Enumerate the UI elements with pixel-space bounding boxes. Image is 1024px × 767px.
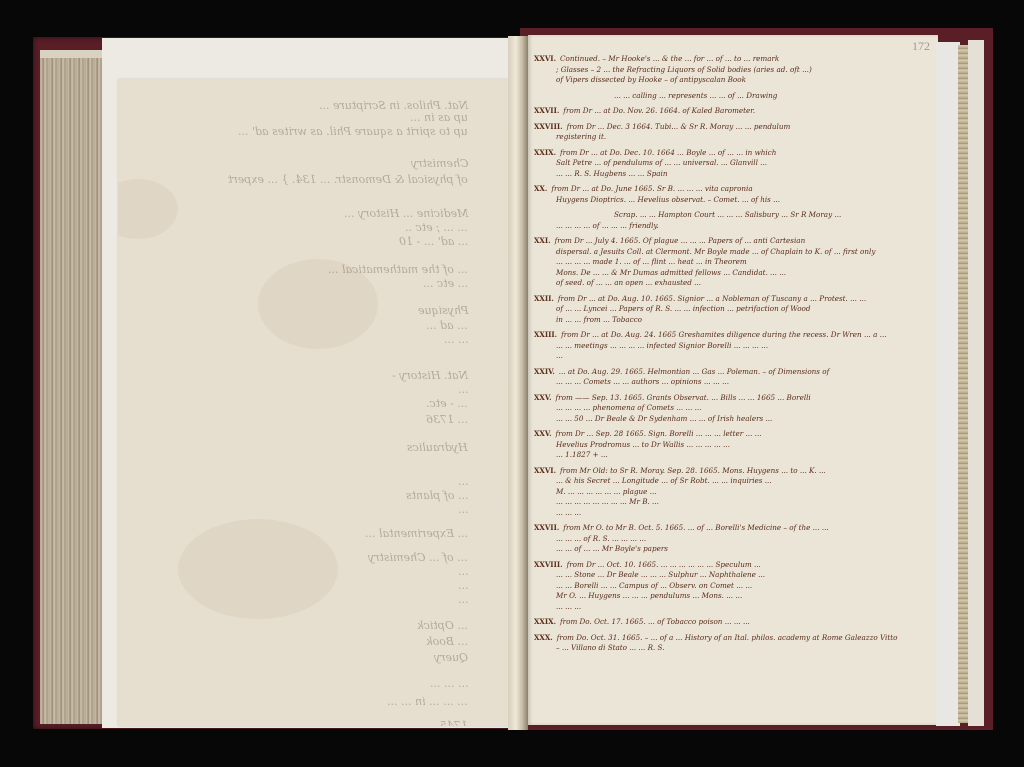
entry-text: ; Glasses – 2 ... the Refracting Liquors… <box>556 66 812 74</box>
entry-line: Salt Petre ... of pendulums of ... ... u… <box>534 159 932 170</box>
entry-text: ... ... Borelli ... ... Campus of ... Ob… <box>556 582 752 590</box>
register-entry: ... ... calling ... represents ... ... o… <box>534 92 932 103</box>
entry-text: ... ... ... ... ... ... ... ... Mr B. ..… <box>556 498 659 506</box>
entry-text: ... ... ... Comets ... ... authors ... o… <box>556 378 729 386</box>
entry-text: from Dr ... Dec. 3 1664. Tubi... & Sr R.… <box>567 123 791 131</box>
entry-text: of ... ... Lyncei ... Papers of R. S. ..… <box>556 305 810 313</box>
register-entry: XXVII.from Mr O. to Mr B. Oct. 5. 1665. … <box>534 524 932 556</box>
entry-text: from Mr O. to Mr B. Oct. 5. 1665. ... of… <box>563 524 828 532</box>
ghost-text-line: ... <box>458 475 469 488</box>
right-manuscript-page: 172 XXVI.Continued. – Mr Hooke's ... & t… <box>528 35 938 725</box>
entry-line: XXIV.... at Do. Aug. 29. 1665. Helmontia… <box>534 368 932 379</box>
entry-number: XXVII. <box>534 524 559 532</box>
register-entry: XXVII.from Dr ... at Do. Nov. 26. 1664. … <box>534 107 932 118</box>
ghost-text-line: ... ad ... <box>426 319 468 332</box>
entry-line: – ... Villano di Stato ... ... R. S. <box>534 644 932 655</box>
entry-number: XX. <box>534 185 547 193</box>
ghost-text-line: Physique <box>418 304 469 317</box>
entry-line: XXV.from Dr ... Sep. 28 1665. Sign. Bore… <box>534 430 932 441</box>
entry-text: of Vipers dissected by Hooke – of antipy… <box>556 76 746 84</box>
entry-line: XXVI.Continued. – Mr Hooke's ... & the .… <box>534 55 932 66</box>
entry-text: from Dr ... at Do. Aug. 10. 1665. Signio… <box>558 295 866 303</box>
ghost-text-line: Nat. History - <box>392 369 468 382</box>
entry-line: XXIX.from Dr ... at Do. Dec. 10. 1664 ..… <box>534 149 932 160</box>
entry-line: ... ... R. S. Hugbens ... ... Spain <box>534 170 932 181</box>
ghost-text-line: ... etc ... <box>423 277 468 290</box>
ghost-text-line: ... <box>458 593 469 606</box>
entry-text: ... ... ... ... of ... ... ... friendly. <box>556 222 659 230</box>
ghost-text-line: ... of the mathematical ... <box>328 263 468 276</box>
entry-text: from Dr ... at Do. Nov. 26. 1664. of Kal… <box>563 107 755 115</box>
entry-text: ... ... Stone ... Dr Beale ... ... ... S… <box>556 571 765 579</box>
ghost-text-line: ... ... <box>444 333 468 346</box>
entry-number: XXIV. <box>534 368 555 376</box>
entry-line: ... ... ... <box>534 509 932 520</box>
entry-line: XXVII.from Dr ... at Do. Nov. 26. 1664. … <box>534 107 932 118</box>
entry-text: – ... Villano di Stato ... ... R. S. <box>556 644 665 652</box>
entry-line: XXI.from Dr ... July 4. 1665. Of plague … <box>534 237 932 248</box>
entry-line: Hevelius Prodromus ... to Dr Wallis ... … <box>534 441 932 452</box>
ghost-text-line: up as in ... <box>410 111 468 124</box>
ghost-text-line: ... ... ... in ... ... <box>387 695 468 708</box>
endpaper-right <box>968 40 984 726</box>
register-entry: XXIII.from Dr ... at Do. Aug. 24. 1665 G… <box>534 331 932 363</box>
ghost-text-line: ... of ... Chemistry <box>368 551 468 564</box>
page-stack-fore-edge <box>40 50 102 724</box>
entry-text: ... ... ... of R. S. ... ... ... ... <box>556 535 646 543</box>
entry-line: XXVIII.from Dr ... Oct. 10. 1665. ... ..… <box>534 561 932 572</box>
entry-text: ... ... ... <box>556 603 581 611</box>
entry-line: ... ... ... Comets ... ... authors ... o… <box>534 378 932 389</box>
entry-line: ... ... Stone ... Dr Beale ... ... ... S… <box>534 571 932 582</box>
entry-line: XXII.from Dr ... at Do. Aug. 10. 1665. S… <box>534 295 932 306</box>
entry-text: Hevelius Prodromus ... to Dr Wallis ... … <box>556 441 730 449</box>
paper-stain <box>178 519 338 619</box>
entry-text: ... ... of ... ... Mr Boyle's papers <box>556 545 668 553</box>
entry-line: XXV.from —— Sep. 13. 1665. Grants Observ… <box>534 394 932 405</box>
entry-text: registering it. <box>556 133 606 141</box>
ghost-text-line: ... <box>458 383 469 396</box>
entry-text: ... ... calling ... represents ... ... o… <box>614 92 777 100</box>
entry-number: XXX. <box>534 634 553 642</box>
entry-text: from Dr ... at Do. Dec. 10. 1664 ... Boy… <box>560 149 776 157</box>
ghost-text-line: Query <box>434 651 468 664</box>
register-entry: XXI.from Dr ... July 4. 1665. Of plague … <box>534 237 932 290</box>
entry-number: XXVIII. <box>534 123 563 131</box>
entry-line: ... ... ... of R. S. ... ... ... ... <box>534 535 932 546</box>
entry-number: XXV. <box>534 394 552 402</box>
entry-line: ... ... Borelli ... ... Campus of ... Ob… <box>534 582 932 593</box>
entry-line: XX.from Dr ... at Do. June 1665. Sr B. .… <box>534 185 932 196</box>
entry-number: XXVIII. <box>534 561 563 569</box>
ghost-text-line: Hydraulics <box>407 441 468 454</box>
left-manuscript-leaf: Nat. Philos. in Scripture ...up as in ..… <box>118 79 508 726</box>
register-entry: XXVIII.from Dr ... Dec. 3 1664. Tubi... … <box>534 123 932 144</box>
entry-line: in ... ... from ... Tobacco <box>534 316 932 327</box>
entry-text: ... ... ... ... phenomena of Comets ... … <box>556 404 701 412</box>
ghost-text-line: ... <box>458 565 469 578</box>
register-entry: XXIV.... at Do. Aug. 29. 1665. Helmontia… <box>534 368 932 389</box>
entry-line: registering it. <box>534 133 932 144</box>
entry-line: ... ... calling ... represents ... ... o… <box>534 92 932 103</box>
entry-line: ... ... ... <box>534 603 932 614</box>
mount-sheet-right <box>936 42 960 726</box>
entry-text: from Dr ... at Do. June 1665. Sr B. ... … <box>551 185 752 193</box>
register-entry: XXV.from Dr ... Sep. 28 1665. Sign. Bore… <box>534 430 932 462</box>
entry-text: ... at Do. Aug. 29. 1665. Helmontian ...… <box>559 368 830 376</box>
entry-line: ... ... of ... ... Mr Boyle's papers <box>534 545 932 556</box>
register-entry: XX.from Dr ... at Do. June 1665. Sr B. .… <box>534 185 932 206</box>
entry-text: Mr O. ... Huygens ... ... ... pendulums … <box>556 592 742 600</box>
entry-text: M. ... ... ... ... ... ... plague ... <box>556 488 657 496</box>
entry-text: of seed. of ... ... an open ... exhauste… <box>556 279 701 287</box>
entry-number: XXVII. <box>534 107 559 115</box>
entry-line: ... ... ... ... of ... ... ... friendly. <box>534 222 932 233</box>
entry-text: from Dr ... July 4. 1665. Of plague ... … <box>555 237 806 245</box>
entry-line: of seed. of ... ... an open ... exhauste… <box>534 279 932 290</box>
register-entry: XXIX.from Dr ... at Do. Dec. 10. 1664 ..… <box>534 149 932 181</box>
entry-text: Salt Petre ... of pendulums of ... ... u… <box>556 159 767 167</box>
ghost-text-line: ... <box>458 503 469 516</box>
entry-number: XXII. <box>534 295 554 303</box>
entry-text: from Dr ... Sep. 28 1665. Sign. Borelli … <box>556 430 762 438</box>
entry-text: Continued. – Mr Hooke's ... & the ... fo… <box>560 55 779 63</box>
entry-text: ... 1.1827 + ... <box>556 451 608 459</box>
entry-text: from Do. Oct. 17. 1665. ... of Tobacco p… <box>560 618 750 626</box>
entry-number: XXVI. <box>534 467 556 475</box>
entry-text: ... ... ... <box>556 509 581 517</box>
entry-line: ... ... 50 ... Dr Beale & Dr Sydenham ..… <box>534 415 932 426</box>
entry-line: ... <box>534 352 932 363</box>
entry-line: XXVI.from Mr Old: to Sr R. Moray. Sep. 2… <box>534 467 932 478</box>
ghost-text-line: ... ... ... <box>430 677 468 690</box>
register-entry: XXVI.from Mr Old: to Sr R. Moray. Sep. 2… <box>534 467 932 520</box>
entry-line: dispersal. a Jesuits Coll. at Clermont. … <box>534 248 932 259</box>
ghost-text-line: ... of plants <box>406 489 468 502</box>
ghost-text-line: ... ... ; etc .. <box>405 221 468 234</box>
register-entry: XXII.from Dr ... at Do. Aug. 10. 1665. S… <box>534 295 932 327</box>
entry-line: Mr O. ... Huygens ... ... ... pendulums … <box>534 592 932 603</box>
entry-number: XXIII. <box>534 331 557 339</box>
ghost-text-line: of physical & Demonstr. ... 134. } ... e… <box>228 173 468 186</box>
entry-line: XXIX.from Do. Oct. 17. 1665. ... of Toba… <box>534 618 932 629</box>
entry-line: ... ... ... ... phenomena of Comets ... … <box>534 404 932 415</box>
book-gutter <box>508 36 528 730</box>
page-stack-right <box>958 45 968 723</box>
register-entry: Scrap. ... ... Hampton Court ... ... ...… <box>534 211 932 232</box>
entry-line: Mons. De ... ... & Mr Dumas admitted fel… <box>534 269 932 280</box>
entry-line: ... ... ... ... made 1. ... of ... flint… <box>534 258 932 269</box>
folio-number: 172 <box>912 39 930 54</box>
entry-line: ... ... ... ... ... ... ... ... Mr B. ..… <box>534 498 932 509</box>
register-entry: XXVIII.from Dr ... Oct. 10. 1665. ... ..… <box>534 561 932 614</box>
entry-number: XXIX. <box>534 618 556 626</box>
ghost-text-line: ... <box>458 579 469 592</box>
entry-line: XXVIII.from Dr ... Dec. 3 1664. Tubi... … <box>534 123 932 134</box>
entry-line: XXIII.from Dr ... at Do. Aug. 24. 1665 G… <box>534 331 932 342</box>
entry-text: from Dr ... Oct. 10. 1665. ... ... ... .… <box>567 561 761 569</box>
ghost-text-line: ... 1736 <box>426 413 468 426</box>
entry-text: ... ... R. S. Hugbens ... ... Spain <box>556 170 667 178</box>
ghost-text-line: ... - etc. <box>426 397 468 410</box>
entry-text: in ... ... from ... Tobacco <box>556 316 642 324</box>
entry-number: XXIX. <box>534 149 556 157</box>
ghost-text-line: ... Book <box>426 635 468 648</box>
entry-text: ... ... ... ... made 1. ... of ... flint… <box>556 258 747 266</box>
entry-text: from Mr Old: to Sr R. Moray. Sep. 28. 16… <box>560 467 826 475</box>
entry-line: Huygens Dioptrics. ... Hevelius observat… <box>534 196 932 207</box>
entry-number: XXI. <box>534 237 551 245</box>
entry-text: from —— Sep. 13. 1665. Grants Observat. … <box>556 394 811 402</box>
entry-number: XXV. <box>534 430 552 438</box>
register-entry: XXV.from —— Sep. 13. 1665. Grants Observ… <box>534 394 932 426</box>
entry-text: ... ... meetings ... ... ... ... infecte… <box>556 342 768 350</box>
entry-text: ... <box>556 352 563 360</box>
ghost-text-line: Chemistry <box>411 157 469 170</box>
entry-text: Huygens Dioptrics. ... Hevelius observat… <box>556 196 780 204</box>
entry-text: Scrap. ... ... Hampton Court ... ... ...… <box>614 211 841 219</box>
entry-text: ... & his Secret ... Longitude ... of Sr… <box>556 477 772 485</box>
entry-text: dispersal. a Jesuits Coll. at Clermont. … <box>556 248 875 256</box>
entry-line: of Vipers dissected by Hooke – of antipy… <box>534 76 932 87</box>
page-stack-top <box>40 50 102 58</box>
entry-text: ... ... 50 ... Dr Beale & Dr Sydenham ..… <box>556 415 772 423</box>
entry-line: ... 1.1827 + ... <box>534 451 932 462</box>
entry-text: Mons. De ... ... & Mr Dumas admitted fel… <box>556 269 786 277</box>
entry-line: XXX.from Do. Oct. 31. 1665. – ... of a .… <box>534 634 932 645</box>
ghost-text-line: ... Optick <box>417 619 468 632</box>
register-entry: XXVI.Continued. – Mr Hooke's ... & the .… <box>534 55 932 87</box>
entry-line: Scrap. ... ... Hampton Court ... ... ...… <box>534 211 932 222</box>
register-entry: XXIX.from Do. Oct. 17. 1665. ... of Toba… <box>534 618 932 629</box>
paper-stain <box>118 179 178 239</box>
entry-line: ... & his Secret ... Longitude ... of Sr… <box>534 477 932 488</box>
register-entry: XXX.from Do. Oct. 31. 1665. – ... of a .… <box>534 634 932 655</box>
entry-line: of ... ... Lyncei ... Papers of R. S. ..… <box>534 305 932 316</box>
ghost-text-line: ... ad' ... - 10 <box>399 235 468 248</box>
ghost-text-line: ... Experimental ... <box>365 527 468 540</box>
entry-line: XXVII.from Mr O. to Mr B. Oct. 5. 1665. … <box>534 524 932 535</box>
entry-line: ; Glasses – 2 ... the Refracting Liquors… <box>534 66 932 77</box>
entry-text: from Dr ... at Do. Aug. 24. 1665 Gresham… <box>561 331 886 339</box>
entry-number: XXVI. <box>534 55 556 63</box>
ghost-text-line: up to spirit a square Phil. as writes ad… <box>238 125 468 138</box>
ghost-text-line: 1745 <box>440 719 468 726</box>
entry-line: ... ... meetings ... ... ... ... infecte… <box>534 342 932 353</box>
entry-line: M. ... ... ... ... ... ... plague ... <box>534 488 932 499</box>
ghost-text-line: Medicine ... History ... <box>344 207 468 220</box>
manuscript-entries: XXVI.Continued. – Mr Hooke's ... & the .… <box>534 55 932 660</box>
entry-text: from Do. Oct. 31. 1665. – ... of a ... H… <box>557 634 898 642</box>
